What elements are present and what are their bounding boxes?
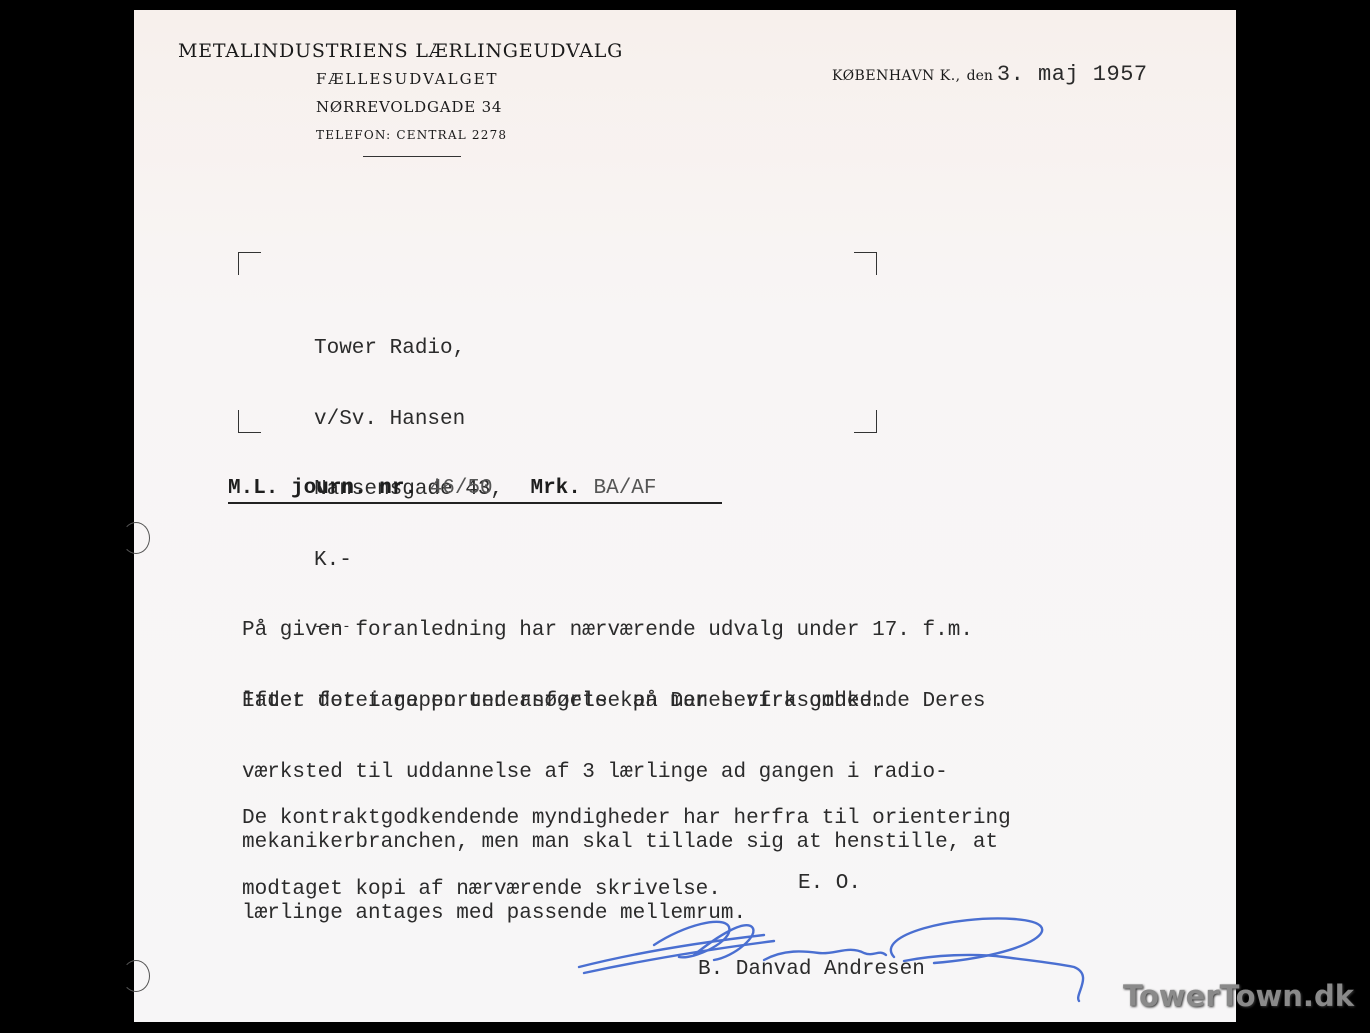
journal-label: M.L. journ. nr. [228,477,417,500]
dateline: KØBENHAVN K., den 3. maj 1957 [832,62,1148,87]
journal-number: 46/50 [430,477,493,500]
signatory-name: B. Danvad Andresen [698,958,925,981]
address-window-corner [854,252,877,275]
body-line: De kontraktgodkendende myndigheder har h… [242,807,1142,831]
address-line: v/Sv. Hansen [314,408,503,432]
punch-hole-mark [122,522,150,554]
address-window-corner [238,410,261,433]
closing: E. O. [798,872,861,895]
mark-label: Mrk. [530,477,580,500]
address-line: K.- [314,549,503,573]
address-window-corner [854,410,877,433]
site-watermark: TowerTown.dk [1123,979,1354,1013]
body-line: modtaget kopi af nærværende skrivelse. [242,878,1142,902]
body-line: På given foranledning har nærværende udv… [242,619,1142,643]
address-window-corner [238,252,261,275]
letterhead-telephone: TELEFON: CENTRAL 2278 [316,128,507,142]
mark-value: BA/AF [594,477,657,500]
letterhead-department: FÆLLESUDVALGET [316,70,499,88]
reference-line: M.L. journ. nr. 46/50 Mrk. BA/AF [228,477,722,504]
dateline-den: den [967,68,993,84]
dateline-date: 3. maj 1957 [997,62,1148,87]
body-line: Efter det i rapporten anførte kan man he… [242,690,1142,714]
letterhead-organization: METALINDUSTRIENS LÆRLINGEUDVALG [178,40,623,62]
punch-hole-mark [122,960,150,992]
letterhead-address: NØRREVOLDGADE 34 [316,98,502,116]
letterhead-rule [363,156,461,157]
handwritten-signature [574,905,1094,1005]
dateline-place: KØBENHAVN K., [832,68,961,84]
address-line: Tower Radio, [314,337,503,361]
letter-page: METALINDUSTRIENS LÆRLINGEUDVALG FÆLLESUD… [134,10,1236,1022]
